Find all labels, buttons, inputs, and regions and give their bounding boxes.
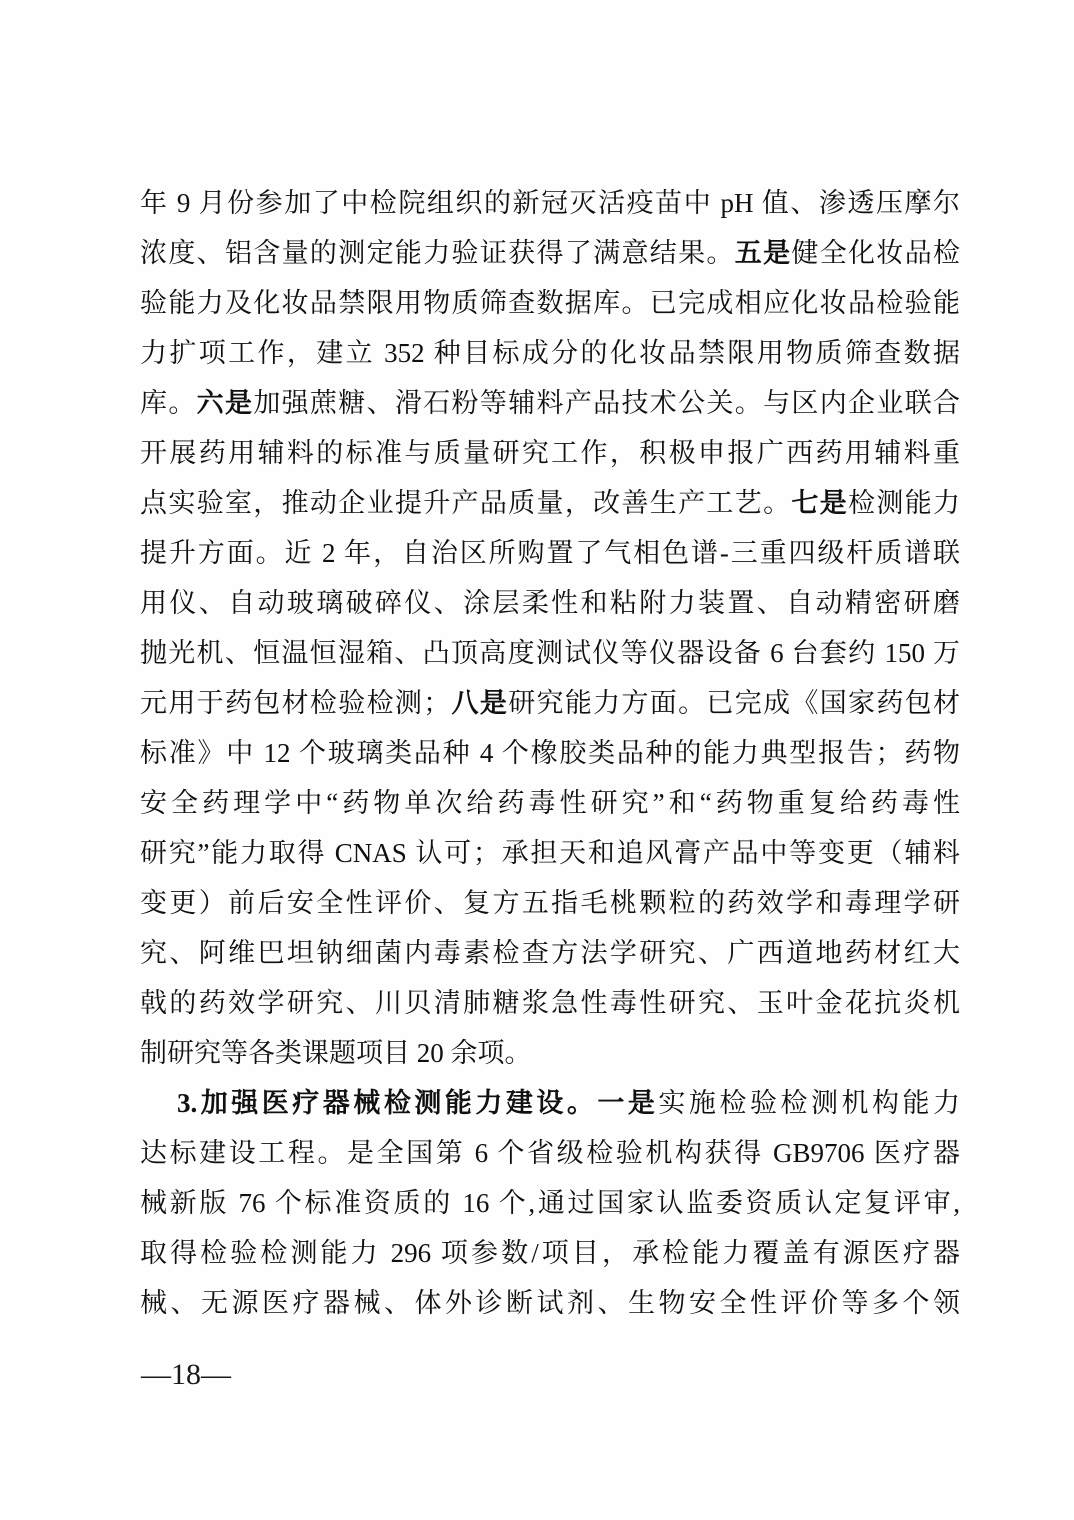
text-run: 库。 [140, 388, 197, 418]
text-line-20: 达标建设工程。是全国第 6 个省级检验机构获得 GB9706 医疗器 [140, 1128, 960, 1178]
text-run: 戟的药效学研究、川贝清肺糖浆急性毒性研究、玉叶金花抗炎机 [140, 988, 960, 1018]
page-number: —18— [141, 1355, 231, 1395]
text-line-1: 年 9 月份参加了中检院组织的新冠灭活疫苗中 pH 值、渗透压摩尔 [140, 178, 960, 228]
text-line-10: 抛光机、恒温恒湿箱、凸顶高度测试仪等仪器设备 6 台套约 150 万 [140, 628, 960, 678]
text-run: 点实验室，推动企业提升产品质量，改善生产工艺。 [140, 488, 791, 518]
text-line-22: 取得检验检测能力 296 项参数/项目，承检能力覆盖有源医疗器 [140, 1228, 960, 1278]
text-line-14: 研究”能力取得 CNAS 认可；承担天和追风膏产品中等变更（辅料 [140, 828, 960, 878]
text-run: 达标建设工程。是全国第 6 个省级检验机构获得 GB9706 医疗器 [140, 1138, 960, 1168]
text-run: 实施检验检测机构能力 [658, 1088, 960, 1118]
text-line-13: 安全药理学中“药物单次给药毒性研究”和“药物重复给药毒性 [140, 778, 960, 828]
text-run: 浓度、铝含量的测定能力验证获得了满意结果。 [140, 238, 735, 268]
text-line-19: 3.加强医疗器械检测能力建设。一是实施检验检测机构能力 [140, 1078, 960, 1128]
text-line-23: 械、无源医疗器械、体外诊断试剂、生物安全性评价等多个领 [140, 1278, 960, 1328]
text-run: 元用于药包材检验检测； [140, 688, 450, 718]
text-run: 械新版 76 个标准资质的 16 个,通过国家认监委资质认定复评审, [140, 1188, 960, 1218]
text-run-bold: 3.加强医疗器械检测能力建设。一是 [177, 1088, 658, 1118]
text-line-4: 力扩项工作，建立 352 种目标成分的化妆品禁限用物质筛查数据 [140, 328, 960, 378]
text-line-21: 械新版 76 个标准资质的 16 个,通过国家认监委资质认定复评审, [140, 1178, 960, 1228]
text-run: 械、无源医疗器械、体外诊断试剂、生物安全性评价等多个领 [140, 1288, 960, 1318]
text-run: 抛光机、恒温恒湿箱、凸顶高度测试仪等仪器设备 6 台套约 150 万 [140, 638, 960, 668]
text-run: 变更）前后安全性评价、复方五指毛桃颗粒的药效学和毒理学研 [140, 888, 960, 918]
text-run: 安全药理学中“药物单次给药毒性研究”和“药物重复给药毒性 [140, 788, 960, 818]
text-line-16: 究、阿维巴坦钠细菌内毒素检查方法学研究、广西道地药材红大 [140, 928, 960, 978]
document-body: 年 9 月份参加了中检院组织的新冠灭活疫苗中 pH 值、渗透压摩尔浓度、铝含量的… [140, 178, 960, 1328]
text-run-bold: 五是 [735, 238, 792, 268]
text-run: 开展药用辅料的标准与质量研究工作，积极申报广西药用辅料重 [140, 438, 960, 468]
text-run: 检测能力 [848, 488, 960, 518]
text-run: 提升方面。近 2 年，自治区所购置了气相色谱-三重四级杆质谱联 [140, 538, 960, 568]
text-run-bold: 八是 [450, 688, 508, 718]
text-line-15: 变更）前后安全性评价、复方五指毛桃颗粒的药效学和毒理学研 [140, 878, 960, 928]
text-run: 研究能力方面。已完成《国家药包材 [508, 688, 960, 718]
text-run: 力扩项工作，建立 352 种目标成分的化妆品禁限用物质筛查数据 [140, 338, 960, 368]
text-run: 加强蔗糖、滑石粉等辅料产品技术公关。与区内企业联合 [253, 388, 960, 418]
text-run: 健全化妆品检 [791, 238, 960, 268]
text-run-bold: 六是 [197, 388, 254, 418]
text-run: 制研究等各类课题项目 20 余项。 [140, 1038, 532, 1068]
text-run: 验能力及化妆品禁限用物质筛查数据库。已完成相应化妆品检验能 [140, 288, 960, 318]
text-line-5: 库。六是加强蔗糖、滑石粉等辅料产品技术公关。与区内企业联合 [140, 378, 960, 428]
text-line-12: 标准》中 12 个玻璃类品种 4 个橡胶类品种的能力典型报告；药物 [140, 728, 960, 778]
text-line-18: 制研究等各类课题项目 20 余项。 [140, 1028, 960, 1078]
text-run-bold: 七是 [791, 488, 848, 518]
text-run: 标准》中 12 个玻璃类品种 4 个橡胶类品种的能力典型报告；药物 [140, 738, 960, 768]
text-line-17: 戟的药效学研究、川贝清肺糖浆急性毒性研究、玉叶金花抗炎机 [140, 978, 960, 1028]
text-line-3: 验能力及化妆品禁限用物质筛查数据库。已完成相应化妆品检验能 [140, 278, 960, 328]
text-run: 用仪、自动玻璃破碎仪、涂层柔性和粘附力装置、自动精密研磨 [140, 588, 960, 618]
text-run: 究、阿维巴坦钠细菌内毒素检查方法学研究、广西道地药材红大 [140, 938, 960, 968]
text-line-9: 用仪、自动玻璃破碎仪、涂层柔性和粘附力装置、自动精密研磨 [140, 578, 960, 628]
text-line-6: 开展药用辅料的标准与质量研究工作，积极申报广西药用辅料重 [140, 428, 960, 478]
text-line-2: 浓度、铝含量的测定能力验证获得了满意结果。五是健全化妆品检 [140, 228, 960, 278]
text-run: 取得检验检测能力 296 项参数/项目，承检能力覆盖有源医疗器 [140, 1238, 960, 1268]
text-run: 年 9 月份参加了中检院组织的新冠灭活疫苗中 pH 值、渗透压摩尔 [140, 188, 960, 218]
text-line-8: 提升方面。近 2 年，自治区所购置了气相色谱-三重四级杆质谱联 [140, 528, 960, 578]
document-page: 年 9 月份参加了中检院组织的新冠灭活疫苗中 pH 值、渗透压摩尔浓度、铝含量的… [0, 0, 1074, 1520]
text-line-7: 点实验室，推动企业提升产品质量，改善生产工艺。七是检测能力 [140, 478, 960, 528]
text-line-11: 元用于药包材检验检测；八是研究能力方面。已完成《国家药包材 [140, 678, 960, 728]
text-run: 研究”能力取得 CNAS 认可；承担天和追风膏产品中等变更（辅料 [140, 838, 960, 868]
